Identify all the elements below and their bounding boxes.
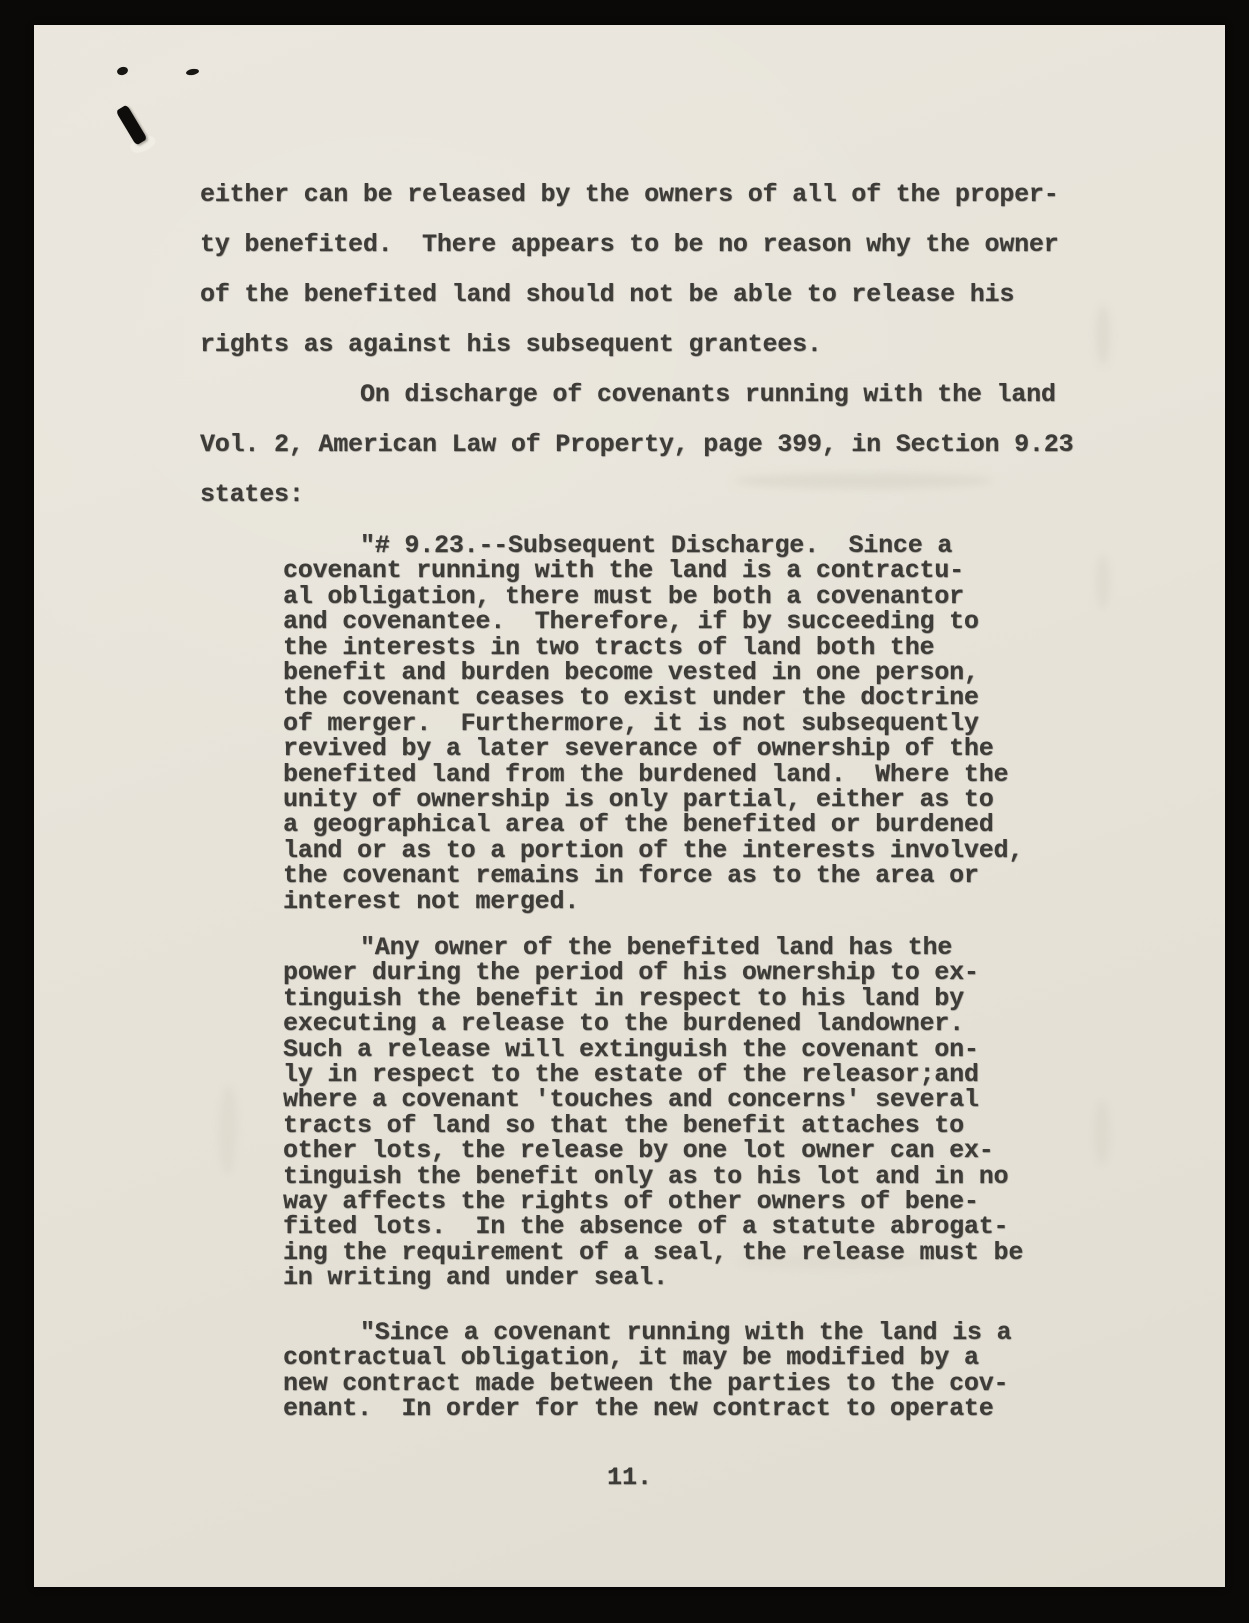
quote-line: land or as to a portion of the interests…: [283, 838, 1023, 863]
quote-line: "# 9.23.--Subsequent Discharge. Since a: [283, 533, 1023, 558]
quote-line: benefit and burden become vested in one …: [283, 660, 1023, 685]
quote-line: unity of ownership is only partial, eith…: [283, 787, 1023, 812]
quote-line: of merger. Furthermore, it is not subseq…: [283, 711, 1023, 736]
bleed-through-smudge: [1096, 305, 1110, 365]
body-paragraph-discharge-intro: On discharge of covenants running with t…: [200, 370, 1073, 520]
quote-line: way affects the rights of other owners o…: [283, 1189, 1023, 1214]
quote-line: "Since a covenant running with the land …: [283, 1320, 1011, 1345]
quote-line: interest not merged.: [283, 889, 1023, 914]
page-number: 11.: [34, 1465, 1225, 1490]
text-line: either can be released by the owners of …: [200, 170, 1059, 220]
quote-block-modification: "Since a covenant running with the land …: [283, 1320, 1011, 1422]
text-line: of the benefited land should not be able…: [200, 270, 1059, 320]
quote-line: new contract made between the parties to…: [283, 1371, 1011, 1396]
quote-line: a geographical area of the benefited or …: [283, 812, 1023, 837]
quote-line: revived by a later severance of ownershi…: [283, 736, 1023, 761]
quote-line: fited lots. In the absence of a statute …: [283, 1214, 1023, 1239]
quote-line: Such a release will extinguish the coven…: [283, 1037, 1023, 1062]
staple-mark-icon: [116, 105, 148, 146]
quote-line: benefited land from the burdened land. W…: [283, 762, 1023, 787]
text-line: rights as against his subsequent grantee…: [200, 320, 1059, 370]
quote-line: tinguish the benefit in respect to his l…: [283, 986, 1023, 1011]
text-line: ty benefited. There appears to be no rea…: [200, 220, 1059, 270]
quote-line: where a covenant 'touches and concerns' …: [283, 1087, 1023, 1112]
text-line: On discharge of covenants running with t…: [200, 370, 1073, 420]
quote-line: al obligation, there must be both a cove…: [283, 584, 1023, 609]
quote-line: "Any owner of the benefited land has the: [283, 935, 1023, 960]
bleed-through-smudge: [1096, 555, 1110, 610]
quote-block-subsequent-discharge: "# 9.23.--Subsequent Discharge. Since ac…: [283, 533, 1023, 914]
text-line: Vol. 2, American Law of Property, page 3…: [200, 420, 1073, 470]
quote-line: power during the period of his ownership…: [283, 960, 1023, 985]
quote-line: ing the requirement of a seal, the relea…: [283, 1240, 1023, 1265]
ink-speck-icon: [116, 66, 129, 77]
quote-block-release-power: "Any owner of the benefited land has the…: [283, 935, 1023, 1291]
ink-speck-icon: [186, 68, 200, 76]
quote-line: enant. In order for the new contract to …: [283, 1396, 1011, 1421]
document-page: either can be released by the owners of …: [34, 25, 1225, 1587]
quote-line: tracts of land so that the benefit attac…: [283, 1113, 1023, 1138]
bleed-through-smudge: [1094, 1100, 1110, 1165]
quote-line: and covenantee. Therefore, if by succeed…: [283, 609, 1023, 634]
quote-line: the interests in two tracts of land both…: [283, 635, 1023, 660]
quote-line: contractual obligation, it may be modifi…: [283, 1345, 1011, 1370]
quote-line: covenant running with the land is a cont…: [283, 558, 1023, 583]
quote-line: executing a release to the burdened land…: [283, 1011, 1023, 1036]
quote-line: ly in respect to the estate of the relea…: [283, 1062, 1023, 1087]
quote-line: other lots, the release by one lot owner…: [283, 1138, 1023, 1163]
bleed-through-smudge: [219, 1085, 237, 1175]
body-paragraph-release-rights: either can be released by the owners of …: [200, 170, 1059, 370]
scanner-background: either can be released by the owners of …: [0, 0, 1249, 1623]
quote-line: the covenant ceases to exist under the d…: [283, 685, 1023, 710]
quote-line: in writing and under seal.: [283, 1265, 1023, 1290]
text-line: states:: [200, 470, 1073, 520]
quote-line: the covenant remains in force as to the …: [283, 863, 1023, 888]
quote-line: tinguish the benefit only as to his lot …: [283, 1164, 1023, 1189]
